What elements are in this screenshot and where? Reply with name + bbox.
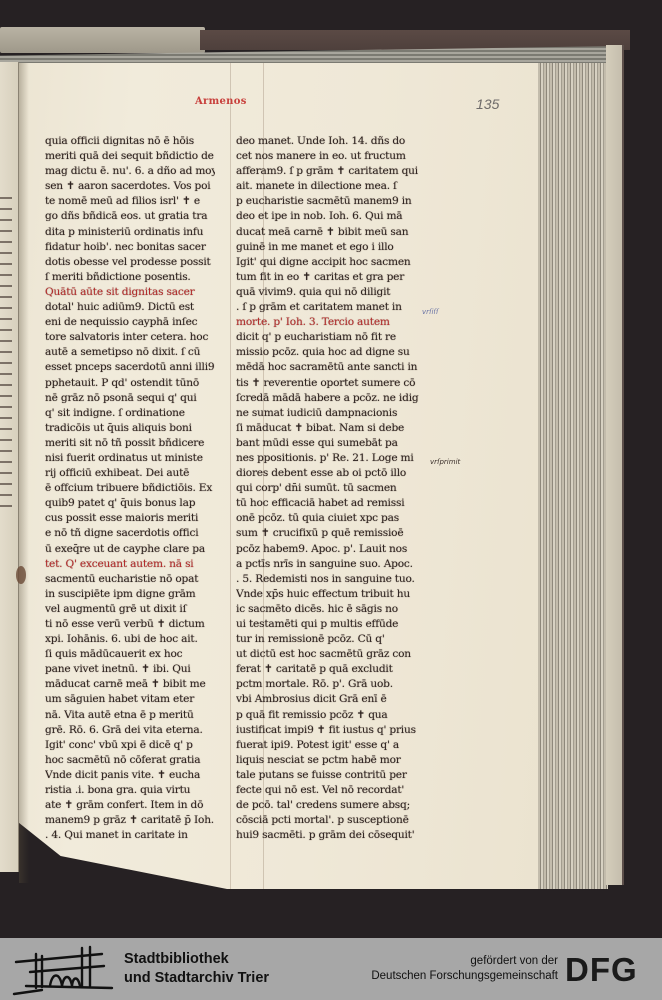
- manuscript-line: morte. p' Ioh. 3. Tercio autem: [236, 315, 424, 330]
- manuscript-line: ristia .i. bona gra. quia virtu: [45, 783, 215, 798]
- manuscript-line: ducat meā carnē ✝ bibit meū san: [236, 225, 424, 240]
- manuscript-line: p quā fit remissio pcōz ✝ qua: [236, 708, 424, 723]
- manuscript-line: esset pnceps sacerdotū anni illi9: [45, 360, 215, 375]
- manuscript-line: cet nos manere in eo. ut fructum: [236, 149, 424, 164]
- manuscript-line: cus possit esse maioris meriti: [45, 511, 215, 526]
- manuscript-line: sum ✝ crucifixū p quē remissioē: [236, 526, 424, 541]
- manuscript-line: quā vivim9. quia qui nō diligit: [236, 285, 424, 300]
- page-fore-edge-stack: [538, 63, 608, 889]
- manuscript-line: dotal' huic adiūm9. Dictū est: [45, 300, 215, 315]
- manuscript-line: deo et ipe in nob. Ioh. 6. Qui mā: [236, 209, 424, 224]
- manuscript-line: rij officiū exhibeat. Dei autē: [45, 466, 215, 481]
- manuscript-line: diores debent esse ab oi pctō illo: [236, 466, 424, 481]
- manuscript-line: go dñs bñdicā eos. ut gratia tra: [45, 209, 215, 224]
- manuscript-line: Quātū aūte sit dignitas sacer: [45, 285, 215, 300]
- manuscript-line: xpi. Iohānis. 6. ubi de hoc ait.: [45, 632, 215, 647]
- margin-note: vrſprimit: [430, 458, 460, 466]
- facing-page-left: [0, 62, 19, 872]
- manuscript-line: meriti sit nō tñ possit bñdicere: [45, 436, 215, 451]
- facing-page-text-fragment: [0, 192, 12, 512]
- margin-note: vrſiſſ: [422, 308, 438, 316]
- manuscript-line: pane vivet inetnū. ✝ ibi. Qui: [45, 662, 215, 677]
- manuscript-line: vbi Ambrosius dicit Grā enī ē: [236, 692, 424, 707]
- gutter-shadow: [19, 63, 29, 883]
- manuscript-line: dotis obesse vel prodesse possit: [45, 255, 215, 270]
- manuscript-line: in suscipiēte ipm digne grām: [45, 587, 215, 602]
- manuscript-line: ne sumat iudiciū dampnacionis: [236, 406, 424, 421]
- manuscript-line: . 4. Qui manet in caritate in: [45, 828, 215, 843]
- manuscript-line: manem9 p grāz ✝ caritatē p̄ Ioh.: [45, 813, 215, 828]
- funding-credit-line-1: gefördert von der: [371, 954, 558, 969]
- manuscript-line: sen ✝ aaron sacerdotes. Vos poi: [45, 179, 215, 194]
- manuscript-line: deo manet. Unde Ioh. 14. dñs do: [236, 134, 424, 149]
- manuscript-line: Vnde xp̄s huic effectum tribuit hu: [236, 587, 424, 602]
- manuscript-line: pphetauit. P qd' ostendit tūnō: [45, 376, 215, 391]
- manuscript-line: ic sacmēto dicēs. hic ē sāgis no: [236, 602, 424, 617]
- manuscript-line: q' sit indigne. ſ ordinatione: [45, 406, 215, 421]
- manuscript-line: meriti quā dei sequit bñdictio de: [45, 149, 215, 164]
- manuscript-line: bant mūdi esse qui sumebāt pa: [236, 436, 424, 451]
- manuscript-line: afferam9. ſ p grām ✝ caritatem qui: [236, 164, 424, 179]
- manuscript-line: hoc sacmētū nō cōferat gratia: [45, 753, 215, 768]
- manuscript-line: . ſ p grām et caritatem manet in: [236, 300, 424, 315]
- manuscript-line: fuerat ipi9. Potest igit' esse q' a: [236, 738, 424, 753]
- dfg-logo-icon: DFG: [565, 953, 638, 987]
- manuscript-line: hui9 sacmēti. p grām dei cōsequit': [236, 828, 424, 843]
- manuscript-line: te nomē meū ad filios isrl' ✝ e: [45, 194, 215, 209]
- manuscript-line: . 5. Redemisti nos in sanguine tuo.: [236, 572, 424, 587]
- manuscript-line: tum fit in eo ✝ caritas et gra per: [236, 270, 424, 285]
- manuscript-line: vel augmentū grē ut dixit iſ: [45, 602, 215, 617]
- manuscript-line: tradicōis ut q̄uis aliquis boni: [45, 421, 215, 436]
- dfg-logo-text: DFG: [565, 951, 638, 988]
- manuscript-line: guinē in me manet et ego i illo: [236, 240, 424, 255]
- manuscript-line: quia officii dignitas nō ē hōis: [45, 134, 215, 149]
- manuscript-line: ait. manete in dilectione mea. ſ: [236, 179, 424, 194]
- manuscript-line: ū exeq̄re ut de cayphe clare pa: [45, 542, 215, 557]
- manuscript-line: de pcō. tal' credens sumere absq;: [236, 798, 424, 813]
- manuscript-line: ut dictū est hoc sacmētū grāz con: [236, 647, 424, 662]
- manuscript-line: ſcredā mādā habere a pcōz. ne idig: [236, 391, 424, 406]
- manuscript-line: missio pcōz. quia hoc ad digne su: [236, 345, 424, 360]
- manuscript-line: p eucharistie sacmētū manem9 in: [236, 194, 424, 209]
- cover-board-edge: [606, 45, 624, 885]
- manuscript-line: ti nō esse verū verbū ✝ dictum: [45, 617, 215, 632]
- manuscript-line: tore salvatoris inter cetera. hoc: [45, 330, 215, 345]
- manuscript-line: ſi quis mādūcauerit ex hoc: [45, 647, 215, 662]
- library-name-line-1: Stadtbibliothek: [124, 950, 269, 969]
- manuscript-line: cōsciā pcti mortal'. p susceptionē: [236, 813, 424, 828]
- manuscript-line: Igit' qui digne accipit hoc sacmen: [236, 255, 424, 270]
- manuscript-line: ſi māducat ✝ bibat. Nam si debe: [236, 421, 424, 436]
- manuscript-line: ferat ✝ caritatē p quā excludit: [236, 662, 424, 677]
- text-column-b: deo manet. Unde Ioh. 14. dñs docet nos m…: [236, 134, 424, 843]
- running-head: Armenos: [195, 96, 247, 107]
- manuscript-line: a pctīs nrīs in sanguine suo. Apoc.: [236, 557, 424, 572]
- text-column-a: quia officii dignitas nō ē hōismeriti qu…: [45, 134, 215, 843]
- stadtbibliothek-trier-logo-icon: [12, 942, 118, 996]
- folio-number: 135: [476, 96, 499, 112]
- column-ruling-line: [230, 63, 231, 889]
- footer-bar: Stadtbibliothek und Stadtarchiv Trier ge…: [0, 938, 662, 1000]
- manuscript-line: nes ppositionis. p' Re. 21. Loge mi: [236, 451, 424, 466]
- manuscript-line: pctm mortale. Rō. p'. Grā uob.: [236, 677, 424, 692]
- manuscript-line: tale putans se fuisse contritū per: [236, 768, 424, 783]
- manuscript-line: ate ✝ grām confert. Item in dō: [45, 798, 215, 813]
- manuscript-line: um sāguien habet vitam eter: [45, 692, 215, 707]
- manuscript-line: māducat carnē meā ✝ bibit me: [45, 677, 215, 692]
- library-name-line-2: und Stadtarchiv Trier: [124, 969, 269, 988]
- manuscript-line: mag dictu ē. nu'. 6. a dño ad moy: [45, 164, 215, 179]
- funding-credit: gefördert von der Deutschen Forschungsge…: [371, 954, 558, 984]
- manuscript-line: onē pcōz. tū quia ciuiet xpc pas: [236, 511, 424, 526]
- manuscript-line: nisi fuerit ordinatus ut ministe: [45, 451, 215, 466]
- manuscript-line: eni de nequissio cayphā inſec: [45, 315, 215, 330]
- manuscript-line: tur in remissionē pcōz. Cū q': [236, 632, 424, 647]
- manuscript-line: ſ meriti bñdictione posentis.: [45, 270, 215, 285]
- manuscript-line: Vnde dicit panis vite. ✝ eucha: [45, 768, 215, 783]
- manuscript-line: grē. Rō. 6. Grā dei vita eterna.: [45, 723, 215, 738]
- manuscript-line: tis ✝ reverentie oportet sumere cō: [236, 376, 424, 391]
- manuscript-line: sacmentū eucharistie nō opat: [45, 572, 215, 587]
- page-stain: [16, 566, 26, 584]
- manuscript-line: iustificat impi9 ✝ fit iustus q' prius: [236, 723, 424, 738]
- manuscript-line: fecte qui nō est. Vel nō recordat': [236, 783, 424, 798]
- manuscript-line: qui corp' dn̄i sumūt. tū sacmen: [236, 481, 424, 496]
- manuscript-line: nā. Vita autē etna ē p meritū: [45, 708, 215, 723]
- manuscript-line: quib9 patet q' q̄uis bonus lap: [45, 496, 215, 511]
- manuscript-line: e nō tñ digne sacerdotis offici: [45, 526, 215, 541]
- manuscript-line: Igit' conc' vbū xpi ē dicē q' p: [45, 738, 215, 753]
- manuscript-line: autē a semetipso nō dixit. ſ cū: [45, 345, 215, 360]
- manuscript-line: liquis nesciat se pctm habē mor: [236, 753, 424, 768]
- manuscript-line: nē grāz nō psonā sequi q' qui: [45, 391, 215, 406]
- manuscript-line: dicit q' p eucharistiam nō fit re: [236, 330, 424, 345]
- funding-credit-line-2: Deutschen Forschungsgemeinschaft: [371, 969, 558, 984]
- manuscript-line: tū hoc efficaciā habet ad remissi: [236, 496, 424, 511]
- manuscript-line: ui testamēti qui p multis effūde: [236, 617, 424, 632]
- manuscript-line: pcōz habem9. Apoc. p'. Lauit nos: [236, 542, 424, 557]
- manuscript-line: dita p ministeriū ordinatis infu: [45, 225, 215, 240]
- manuscript-line: tet. Q' exceuant autem. nā si: [45, 557, 215, 572]
- library-name: Stadtbibliothek und Stadtarchiv Trier: [124, 950, 269, 988]
- manuscript-line: fidatur hoib'. nec bonitas sacer: [45, 240, 215, 255]
- manuscript-viewer: Armenos 135 quia officii dignitas nō ē h…: [0, 0, 662, 938]
- manuscript-line: mēdā hoc sacramētū ante sancti in: [236, 360, 424, 375]
- binding-spine: [0, 27, 205, 53]
- manuscript-line: ē offcium tribuere bñdictiōis. Ex: [45, 481, 215, 496]
